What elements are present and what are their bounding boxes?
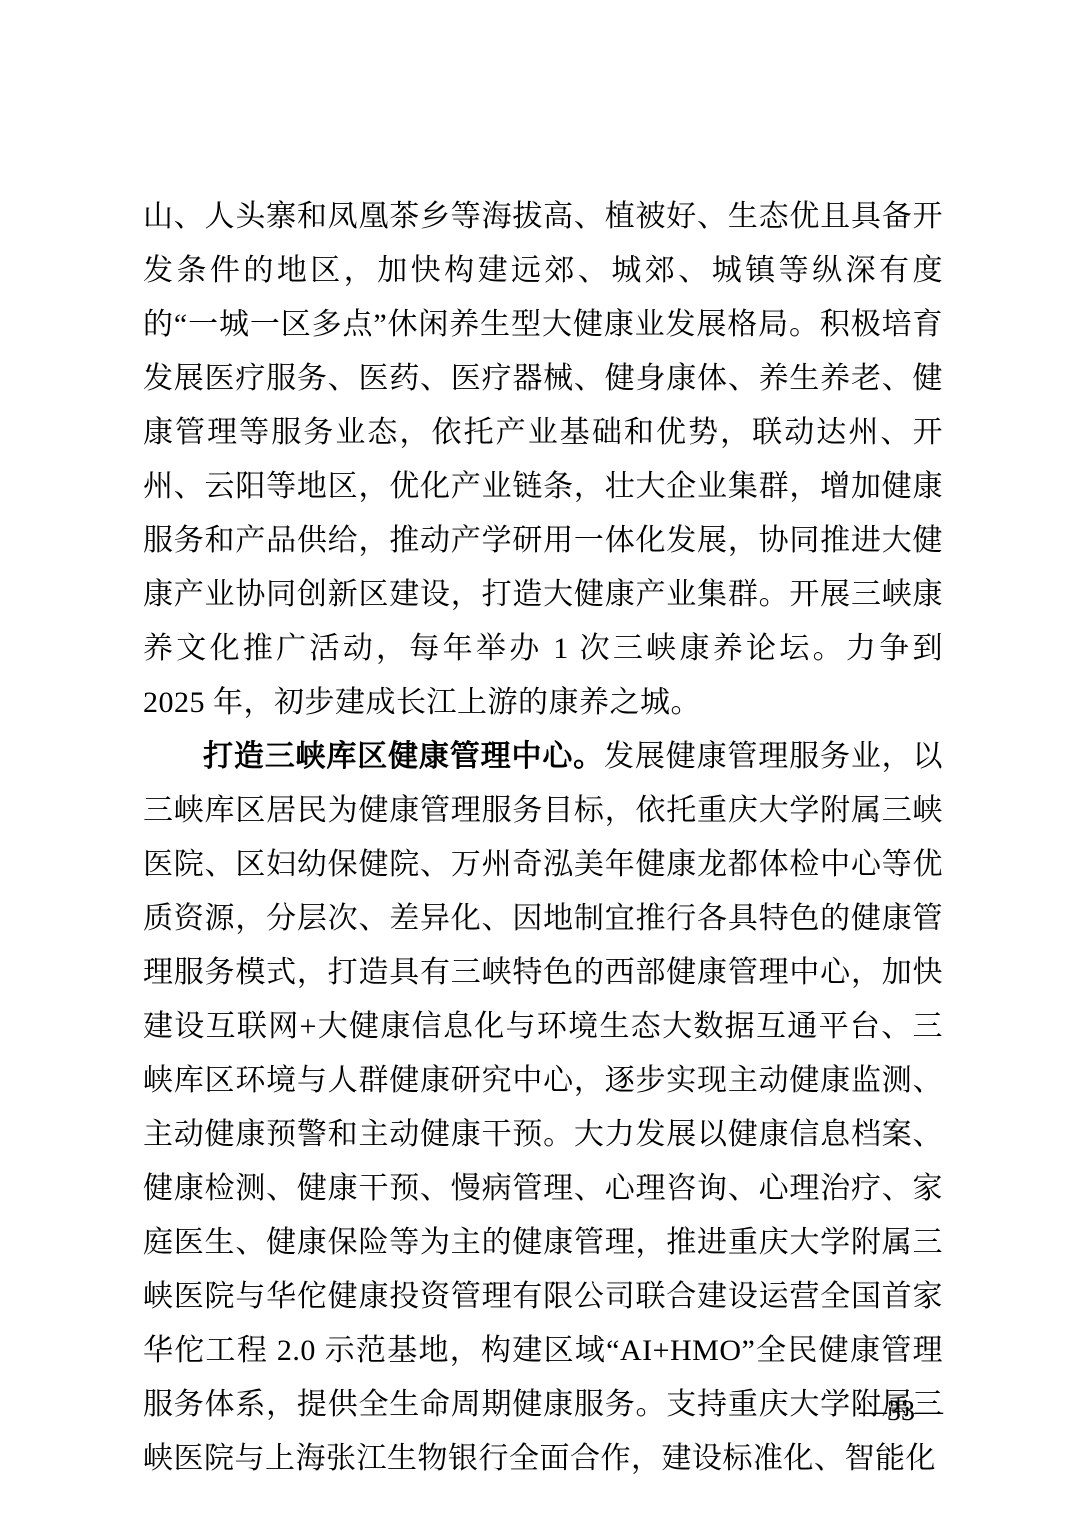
paragraph-health-management-center: 打造三峡库区健康管理中心。发展健康管理服务业，以三峡库区居民为健康管理服务目标，… — [143, 730, 943, 1486]
paragraph-continuation: 山、人头寨和凤凰茶乡等海拔高、植被好、生态优且具备开发条件的地区，加快构建远郊、… — [143, 190, 943, 730]
page-number: —33— — [859, 1392, 943, 1432]
paragraph-continuation-text: 山、人头寨和凤凰茶乡等海拔高、植被好、生态优且具备开发条件的地区，加快构建远郊、… — [143, 200, 943, 719]
paragraph-health-management-text: 发展健康管理服务业，以三峡库区居民为健康管理服务目标，依托重庆大学附属三峡医院、… — [143, 740, 943, 1475]
document-body: 山、人头寨和凤凰茶乡等海拔高、植被好、生态优且具备开发条件的地区，加快构建远郊、… — [143, 190, 943, 1486]
document-page: 山、人头寨和凤凰茶乡等海拔高、植被好、生态优且具备开发条件的地区，加快构建远郊、… — [0, 0, 1074, 1520]
paragraph-runin-heading: 打造三峡库区健康管理中心。 — [203, 740, 604, 773]
